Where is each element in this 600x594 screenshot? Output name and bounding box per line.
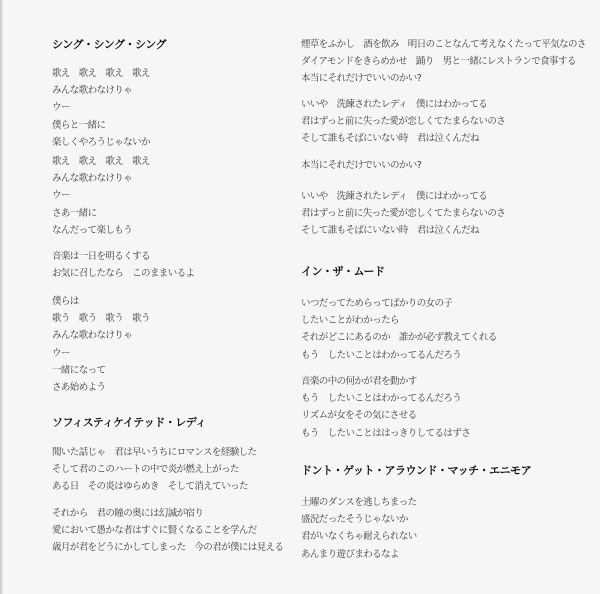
lyric-line: 音楽の中の何かが君を動かす <box>301 373 470 390</box>
lyric-line: したいことがわかったら <box>301 312 497 329</box>
lyric-line: 君はずっと前に失った愛が恋しくてたまらないのさ <box>301 113 505 130</box>
lyric-line: 一緒になって <box>52 362 150 379</box>
stanza: 煙草をふかし 酒を飲み 明日のことなんて考えなくたって平気なのさ ダイアモンドを… <box>301 36 586 88</box>
stanza: 聞いた話じゃ 君は早いうちにロマンスを経験した そして君のこのハートの中で炎が燃… <box>52 444 256 496</box>
lyric-line: 僕らと一緒に <box>52 117 150 134</box>
lyric-line: もう したいことはわかってるんだろう <box>301 347 497 364</box>
stanza: 歌え 歌え 歌え 歌え みんな歌わなけりゃ ウー さあ一緒に なんだって楽しもう <box>52 153 150 239</box>
lyric-line: 楽しくやろうじゃないか <box>52 134 150 151</box>
lyric-line: 君がいなくちゃ耐えられない <box>301 528 417 545</box>
lyric-line: 君はずっと前に失った愛が恋しくてたまらないのさ <box>301 205 505 222</box>
lyric-line: 盛況だったそうじゃないか <box>301 511 417 528</box>
lyric-line: みんな歌わなけりゃ <box>52 170 150 187</box>
lyric-line: 聞いた話じゃ 君は早いうちにロマンスを経験した <box>52 444 256 461</box>
lyric-line: 歌う 歌う 歌う 歌う <box>52 310 150 327</box>
lyric-line: さあ一緒に <box>52 205 150 222</box>
lyric-line: お気に召したなら このままいるよ <box>52 265 194 282</box>
stanza: 音楽は一日を明るくする お気に召したなら このままいるよ <box>52 248 194 282</box>
lyric-line: 歌え 歌え 歌え 歌え <box>52 153 150 170</box>
stanza: いいや 洗練されたレディ 僕にはわかってる 君はずっと前に失った愛が恋しくてたま… <box>301 96 505 148</box>
stanza: いいや 洗練されたレディ 僕にはわかってる 君はずっと前に失った愛が恋しくてたま… <box>301 188 505 240</box>
lyric-line: ウー <box>52 345 150 362</box>
lyric-line: そして君のこのハートの中で炎が燃え上がった <box>52 461 256 478</box>
song-title-sophisticated-lady: ソフィスティケイテッド・レディ <box>52 414 206 431</box>
lyric-line: 愛において愚かな者はすぐに賢くなることを学んだ <box>52 522 283 539</box>
lyric-line: さあ始めよう <box>52 379 150 396</box>
lyric-line: 本当にそれだけでいいのかい? <box>301 70 586 87</box>
lyric-line: 音楽は一日を明るくする <box>52 248 194 265</box>
lyric-line: 本当にそれだけでいいのかい? <box>301 157 421 174</box>
lyric-line: 僕らは <box>52 293 150 310</box>
song-title-in-the-mood: イン・ザ・ムード <box>301 263 384 280</box>
lyric-line: そして誰もそばにいない時 君は泣くんだね <box>301 222 505 239</box>
lyric-line: そして誰もそばにいない時 君は泣くんだね <box>301 130 505 147</box>
lyric-line: リズムが女をその気にさせる <box>301 407 470 424</box>
lyric-line: 歌え 歌え 歌え 歌え <box>52 65 150 82</box>
lyric-line: いいや 洗練されたレディ 僕にはわかってる <box>301 188 505 205</box>
stanza: 本当にそれだけでいいのかい? <box>301 157 421 174</box>
lyric-line: 歳月が君をどうにかしてしまった 今の君が僕には見える <box>52 539 283 556</box>
lyric-line: みんな歌わなけりゃ <box>52 327 150 344</box>
lyric-line: もう したいことはわかってるんだろう <box>301 390 470 407</box>
stanza: 土曜のダンスを逃しちまった 盛況だったそうじゃないか 君がいなくちゃ耐えられない… <box>301 494 417 563</box>
lyric-line: それから 君の瞳の奥には幻滅が宿り <box>52 505 283 522</box>
lyric-line: ウー <box>52 99 150 116</box>
song-title-dont-get-around-much-anymore: ドント・ゲット・アラウンド・マッチ・エニモア <box>301 462 531 479</box>
lyric-line: いいや 洗練されたレディ 僕にはわかってる <box>301 96 505 113</box>
stanza: 歌え 歌え 歌え 歌え みんな歌わなけりゃ ウー 僕らと一緒に 楽しくやろうじゃ… <box>52 65 150 151</box>
lyric-line: 煙草をふかし 酒を飲み 明日のことなんて考えなくたって平気なのさ <box>301 36 586 53</box>
stanza: いつだってためらってばかりの女の子 したいことがわかったら それがどこにあるのか… <box>301 295 497 364</box>
stanza: それから 君の瞳の奥には幻滅が宿り 愛において愚かな者はすぐに賢くなることを学ん… <box>52 505 283 557</box>
song-title-sing-sing-sing: シング・シング・シング <box>52 36 166 53</box>
lyric-line: それがどこにあるのか 誰かが必ず教えてくれる <box>301 329 497 346</box>
lyric-line: ダイアモンドをきらめかせ 踊り 男と一緒にレストランで食事する <box>301 53 586 70</box>
stanza: 音楽の中の何かが君を動かす もう したいことはわかってるんだろう リズムが女をそ… <box>301 373 470 442</box>
lyric-line: なんだって楽しもう <box>52 222 150 239</box>
lyric-line: ウー <box>52 187 150 204</box>
lyric-line: みんな歌わなけりゃ <box>52 82 150 99</box>
lyric-line: 土曜のダンスを逃しちまった <box>301 494 417 511</box>
lyric-line: あんまり遊びまわるなよ <box>301 546 417 563</box>
lyric-line: ある日 その炎はゆらめき そして消えていった <box>52 478 256 495</box>
lyric-line: もう したいことははっきりしてるはずさ <box>301 425 470 442</box>
stanza: 僕らは 歌う 歌う 歌う 歌う みんな歌わなけりゃ ウー 一緒になって さあ始め… <box>52 293 150 396</box>
lyric-line: いつだってためらってばかりの女の子 <box>301 295 497 312</box>
page-edge-shadow <box>0 0 3 594</box>
